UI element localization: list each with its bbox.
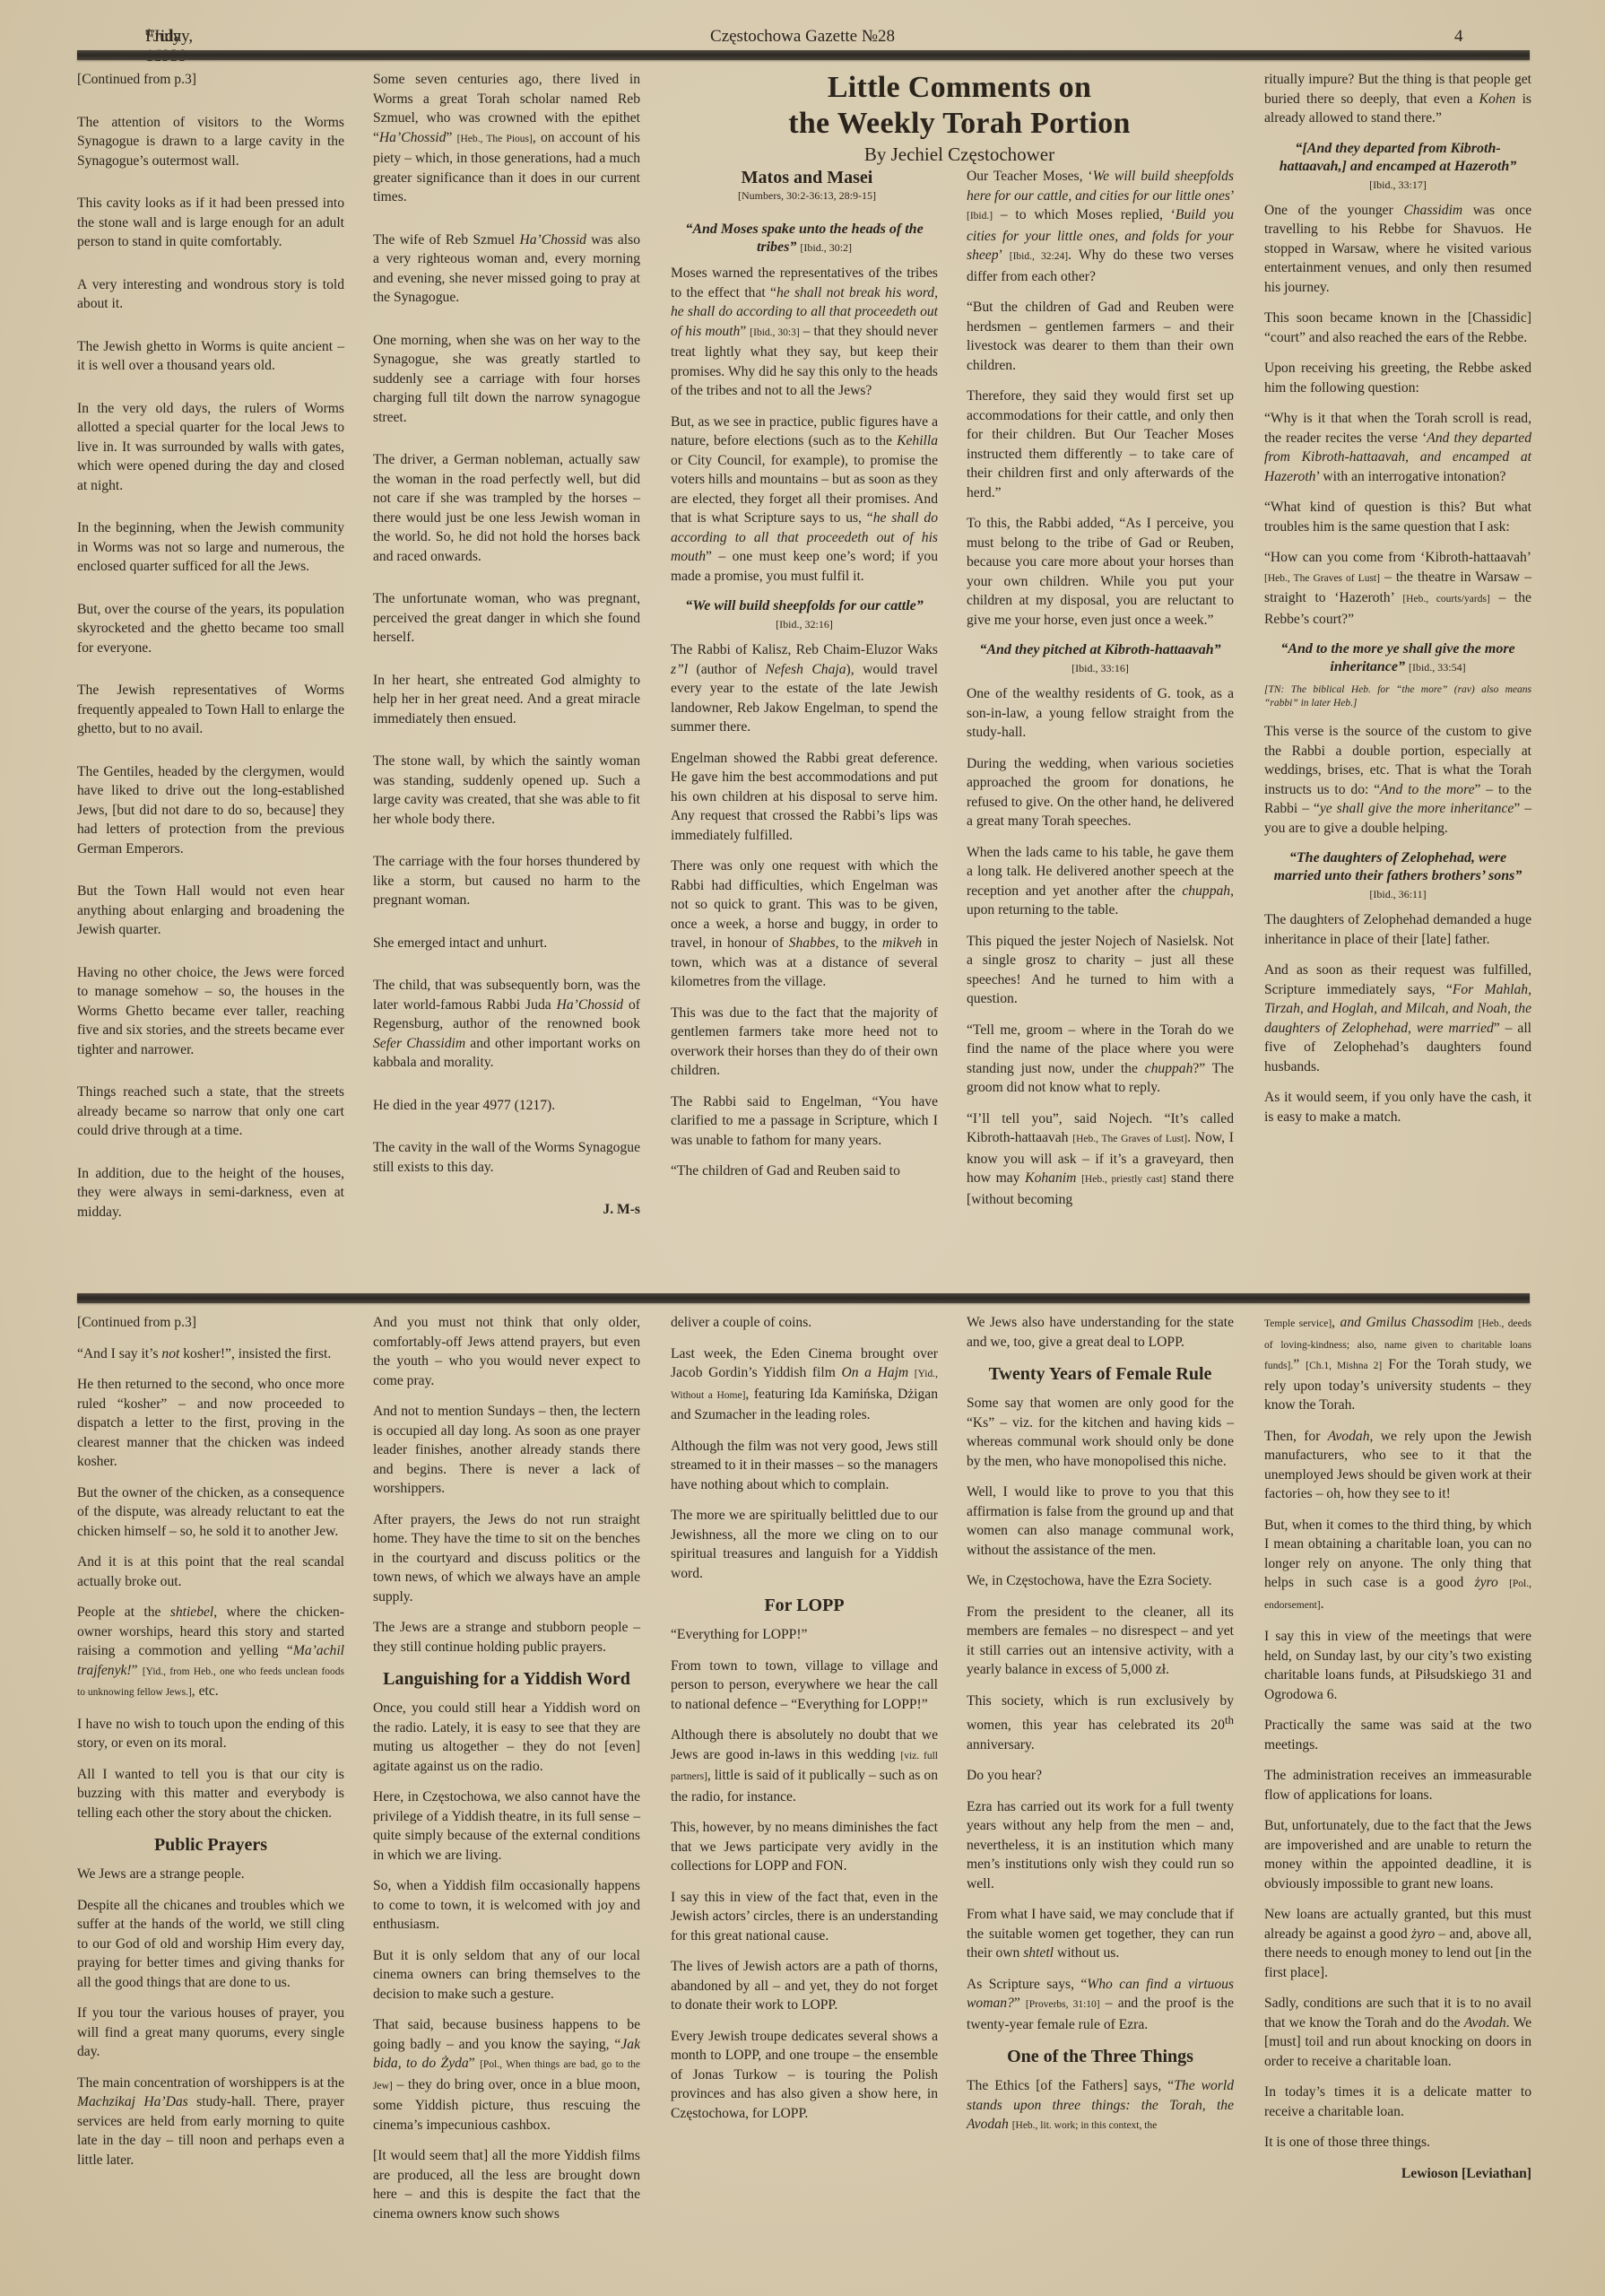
paragraph: He died in the year 4977 (1217). — [373, 1096, 640, 1116]
paragraph: One of the younger Chassidim was once tr… — [1264, 201, 1531, 298]
paragraph: But the owner of the chicken, as a conse… — [77, 1483, 344, 1542]
paragraph: The Gentiles, headed by the clergymen, w… — [77, 762, 344, 859]
paragraph: “And I say it’s not kosher!”, insisted t… — [77, 1344, 344, 1364]
paragraph: This was due to the fact that the majori… — [671, 1004, 938, 1081]
paragraph: Our Teacher Moses, ‘We will build sheepf… — [967, 167, 1234, 286]
paragraph: The driver, a German nobleman, actually … — [373, 450, 640, 566]
paragraph: The main concentration of worshippers is… — [77, 2074, 344, 2170]
paragraph: As Scripture says, “Who can find a virtu… — [967, 1975, 1234, 2035]
bottom-column-5: Temple service], and Gmilus Chassodim [H… — [1264, 1313, 1531, 2183]
paragraph: I say this in view of the meetings that … — [1264, 1627, 1531, 1704]
paragraph: The Rabbi said to Engelman, “You have cl… — [671, 1092, 938, 1151]
paragraph: This society, which is run exclusively b… — [967, 1692, 1234, 1755]
paragraph: This piqued the jester Nojech of Nasiels… — [967, 932, 1234, 1009]
paragraph: In addition, due to the height of the ho… — [77, 1164, 344, 1222]
paragraph: The wife of Reb Szmuel Ha’Chossid was al… — [373, 230, 640, 308]
paragraph: “But the children of Gad and Reuben were… — [967, 298, 1234, 375]
paragraph: The attention of visitors to the Worms S… — [77, 113, 344, 171]
middle-rule — [77, 1293, 1530, 1303]
paragraph: Do you hear? — [967, 1766, 1234, 1786]
verse-heading: “And Moses spake unto the heads of the t… — [671, 221, 938, 257]
paragraph: So, when a Yiddish film occasionally hap… — [373, 1876, 640, 1935]
paragraph: After prayers, the Jews do not run strai… — [373, 1510, 640, 1607]
paragraph: We Jews are a strange people. — [77, 1865, 344, 1884]
feature-title-line-2: the Weekly Torah Portion — [664, 106, 1255, 142]
paragraph: The Ethics [of the Fathers] says, “The w… — [967, 2076, 1234, 2136]
paragraph: Therefore, they said they would first se… — [967, 387, 1234, 502]
page-header: Friday, 14th July 1939 Częstochowa Gazet… — [0, 27, 1605, 52]
paragraph: Once, you could still hear a Yiddish wor… — [373, 1699, 640, 1776]
paragraph: Things reached such a state, that the st… — [77, 1083, 344, 1141]
paragraph: This, however, by no means diminishes th… — [671, 1818, 938, 1876]
paragraph: The lives of Jewish actors are a path of… — [671, 1957, 938, 2015]
bottom-column-3: deliver a couple of coins.Last week, the… — [671, 1313, 938, 2135]
paragraph: But, over the course of the years, its p… — [77, 600, 344, 658]
paragraph: The unfortunate woman, who was pregnant,… — [373, 589, 640, 648]
paragraph: In the beginning, when the Jewish commun… — [77, 518, 344, 577]
paragraph: I say this in view of the fact that, eve… — [671, 1888, 938, 1946]
torah-portion-feature-heading: Little Comments on the Weekly Torah Port… — [664, 70, 1255, 165]
paragraph: “What kind of question is this? But what… — [1264, 498, 1531, 536]
feature-byline: By Jechiel Częstochower — [664, 143, 1255, 165]
paragraph: People at the shtiebel, where the chicke… — [77, 1603, 344, 1703]
paragraph: Some say that women are only good for th… — [967, 1394, 1234, 1471]
paragraph: But, unfortunately, due to the fact that… — [1264, 1816, 1531, 1893]
paragraph: In today’s times it is a delicate matter… — [1264, 2083, 1531, 2121]
portion-heading: Matos and Masei [Numbers, 30:2-36:13, 28… — [664, 167, 950, 203]
paragraph: Despite all the chicanes and troubles wh… — [77, 1896, 344, 1993]
torah-column-1: “And Moses spake unto the heads of the t… — [671, 213, 938, 1193]
paragraph: One morning, when she was on her way to … — [373, 331, 640, 428]
paragraph: As it would seem, if you only have the c… — [1264, 1088, 1531, 1126]
torah-column-2: Our Teacher Moses, ‘We will build sheepf… — [967, 167, 1234, 1221]
paragraph: Well, I would like to prove to you that … — [967, 1483, 1234, 1560]
paragraph: New loans are actually granted, but this… — [1264, 1905, 1531, 1982]
paragraph: There was only one request with which th… — [671, 857, 938, 992]
portion-reference: [Numbers, 30:2-36:13, 28:9-15] — [664, 188, 950, 203]
paragraph: Temple service], and Gmilus Chassodim [H… — [1264, 1313, 1531, 1415]
paragraph: Having no other choice, the Jews were fo… — [77, 963, 344, 1060]
paragraph: The cavity in the wall of the Worms Syna… — [373, 1138, 640, 1177]
section-heading: Public Prayers — [77, 1834, 344, 1856]
paragraph: The daughters of Zelophehad demanded a h… — [1264, 910, 1531, 949]
verse-heading: “And they pitched at Kibroth-hattaavah” … — [967, 641, 1234, 677]
paragraph: From town to town, village to village an… — [671, 1657, 938, 1715]
paragraph: During the wedding, when various societi… — [967, 754, 1234, 831]
paragraph: Moses warned the representatives of the … — [671, 264, 938, 401]
paragraph: “How can you come from ‘Kibroth-hattaava… — [1264, 548, 1531, 629]
paragraph: But the Town Hall would not even hear an… — [77, 882, 344, 940]
paragraph: “I’ll tell you”, said Nojech. “It’s call… — [967, 1109, 1234, 1210]
paragraph: Practically the same was said at the two… — [1264, 1716, 1531, 1754]
paragraph: This cavity looks as if it had been pres… — [77, 194, 344, 252]
paragraph: He then returned to the second, who once… — [77, 1375, 344, 1472]
author-signature: Lewioson [Leviathan] — [1264, 2164, 1531, 2184]
paragraph: Sadly, conditions are such that it is to… — [1264, 1994, 1531, 2071]
paragraph: Although the film was not very good, Jew… — [671, 1437, 938, 1495]
paragraph: [Continued from p.3] — [77, 70, 344, 90]
paragraph: [Continued from p.3] — [77, 1313, 344, 1333]
paragraph: From what I have said, we may conclude t… — [967, 1905, 1234, 1963]
paragraph: This verse is the source of the custom t… — [1264, 722, 1531, 838]
paragraph: But it is only seldom that any of our lo… — [373, 1946, 640, 2005]
paragraph: Although there is absolutely no doubt th… — [671, 1726, 938, 1806]
torah-column-3: ritually impure? But the thing is that p… — [1264, 70, 1531, 1138]
paragraph: To this, the Rabbi added, “As I perceive… — [967, 514, 1234, 630]
paragraph: Here, in Częstochowa, we also cannot hav… — [373, 1787, 640, 1865]
section-heading: Twenty Years of Female Rule — [967, 1363, 1234, 1385]
paragraph: The Jews are a strange and stubborn peop… — [373, 1618, 640, 1657]
paragraph: She emerged intact and unhurt. — [373, 934, 640, 953]
paragraph: And you must not think that only older, … — [373, 1313, 640, 1390]
top-rule — [77, 50, 1530, 60]
paragraph: “Tell me, groom – where in the Torah do … — [967, 1021, 1234, 1098]
feature-title-line-1: Little Comments on — [664, 70, 1255, 106]
paragraph: All I wanted to tell you is that our cit… — [77, 1765, 344, 1823]
paragraph: Every Jewish troupe dedicates several sh… — [671, 2027, 938, 2124]
bottom-column-1: [Continued from p.3]“And I say it’s not … — [77, 1313, 344, 2181]
verse-heading: “The daughters of Zelophehad, were marri… — [1264, 849, 1531, 903]
paragraph: The administration receives an immeasura… — [1264, 1766, 1531, 1805]
paragraph: This soon became known in the [Chassidic… — [1264, 309, 1531, 347]
paragraph: From the president to the cleaner, all i… — [967, 1603, 1234, 1680]
paragraph: I have no wish to touch upon the ending … — [77, 1715, 344, 1753]
section-heading: For LOPP — [671, 1595, 938, 1616]
paragraph: Then, for Avodah, we rely upon the Jewis… — [1264, 1427, 1531, 1504]
paragraph: The more we are spiritually belittled du… — [671, 1506, 938, 1583]
article-worms-column-2: Some seven centuries ago, there lived in… — [373, 70, 640, 1220]
paragraph: And as soon as their request was fulfill… — [1264, 961, 1531, 1076]
paragraph: Last week, the Eden Cinema brought over … — [671, 1344, 938, 1425]
paragraph: The child, that was subsequently born, w… — [373, 976, 640, 1073]
paragraph: That said, because business happens to b… — [373, 2015, 640, 2135]
paragraph: We Jews also have understanding for the … — [967, 1313, 1234, 1352]
paragraph: “Why is it that when the Torah scroll is… — [1264, 409, 1531, 486]
paragraph: “Everything for LOPP!” — [671, 1625, 938, 1645]
paragraph: But, when it comes to the third thing, b… — [1264, 1516, 1531, 1616]
paragraph: A very interesting and wondrous story is… — [77, 275, 344, 314]
paragraph: The Rabbi of Kalisz, Reb Chaim-Eluzor Wa… — [671, 640, 938, 737]
portion-title: Matos and Masei — [664, 167, 950, 188]
paragraph: The Jewish representatives of Worms freq… — [77, 681, 344, 739]
paragraph: The stone wall, by which the saintly wom… — [373, 752, 640, 829]
paragraph: But, as we see in practice, public figur… — [671, 413, 938, 587]
section-heading: Languishing for a Yiddish Word — [373, 1668, 640, 1690]
section-heading: One of the Three Things — [967, 2046, 1234, 2067]
paragraph: In the very old days, the rulers of Worm… — [77, 399, 344, 496]
paragraph: Upon receiving his greeting, the Rebbe a… — [1264, 359, 1531, 397]
article-worms-column-1: [Continued from p.3]The attention of vis… — [77, 70, 344, 1245]
paragraph: deliver a couple of coins. — [671, 1313, 938, 1333]
verse-heading: “We will build sheepfolds for our cattle… — [671, 597, 938, 633]
paragraph: Engelman showed the Rabbi great deferenc… — [671, 749, 938, 846]
paragraph: The carriage with the four horses thunde… — [373, 852, 640, 910]
paragraph: And it is at this point that the real sc… — [77, 1552, 344, 1591]
paragraph: If you tour the various houses of prayer… — [77, 2004, 344, 2062]
paragraph: When the lads came to his table, he gave… — [967, 843, 1234, 920]
paragraph: It is one of those three things. — [1264, 2133, 1531, 2152]
bottom-column-2: And you must not think that only older, … — [373, 1313, 640, 2235]
paragraph: We, in Częstochowa, have the Ezra Societ… — [967, 1571, 1234, 1591]
paragraph: The Jewish ghetto in Worms is quite anci… — [77, 337, 344, 376]
publication-title: Częstochowa Gazette №28 — [0, 27, 1605, 47]
paragraph: One of the wealthy residents of G. took,… — [967, 684, 1234, 743]
bottom-column-4: We Jews also have understanding for the … — [967, 1313, 1234, 2148]
verse-heading: “[And they departed from Kibroth-hattaav… — [1264, 140, 1531, 194]
translator-note: [TN: The biblical Heb. for “the more” (r… — [1264, 683, 1531, 710]
paragraph: In her heart, she entreated God almighty… — [373, 671, 640, 729]
page-number: 4 — [1454, 27, 1463, 47]
paragraph: Some seven centuries ago, there lived in… — [373, 70, 640, 207]
paragraph: And not to mention Sundays – then, the l… — [373, 1402, 640, 1499]
paragraph: Ezra has carried out its work for a full… — [967, 1797, 1234, 1894]
paragraph: ritually impure? But the thing is that p… — [1264, 70, 1531, 128]
author-signature: J. M-s — [373, 1200, 640, 1220]
verse-heading: “And to the more ye shall give the more … — [1264, 640, 1531, 676]
paragraph: “The children of Gad and Reuben said to — [671, 1161, 938, 1181]
paragraph: [It would seem that] all the more Yiddis… — [373, 2146, 640, 2223]
